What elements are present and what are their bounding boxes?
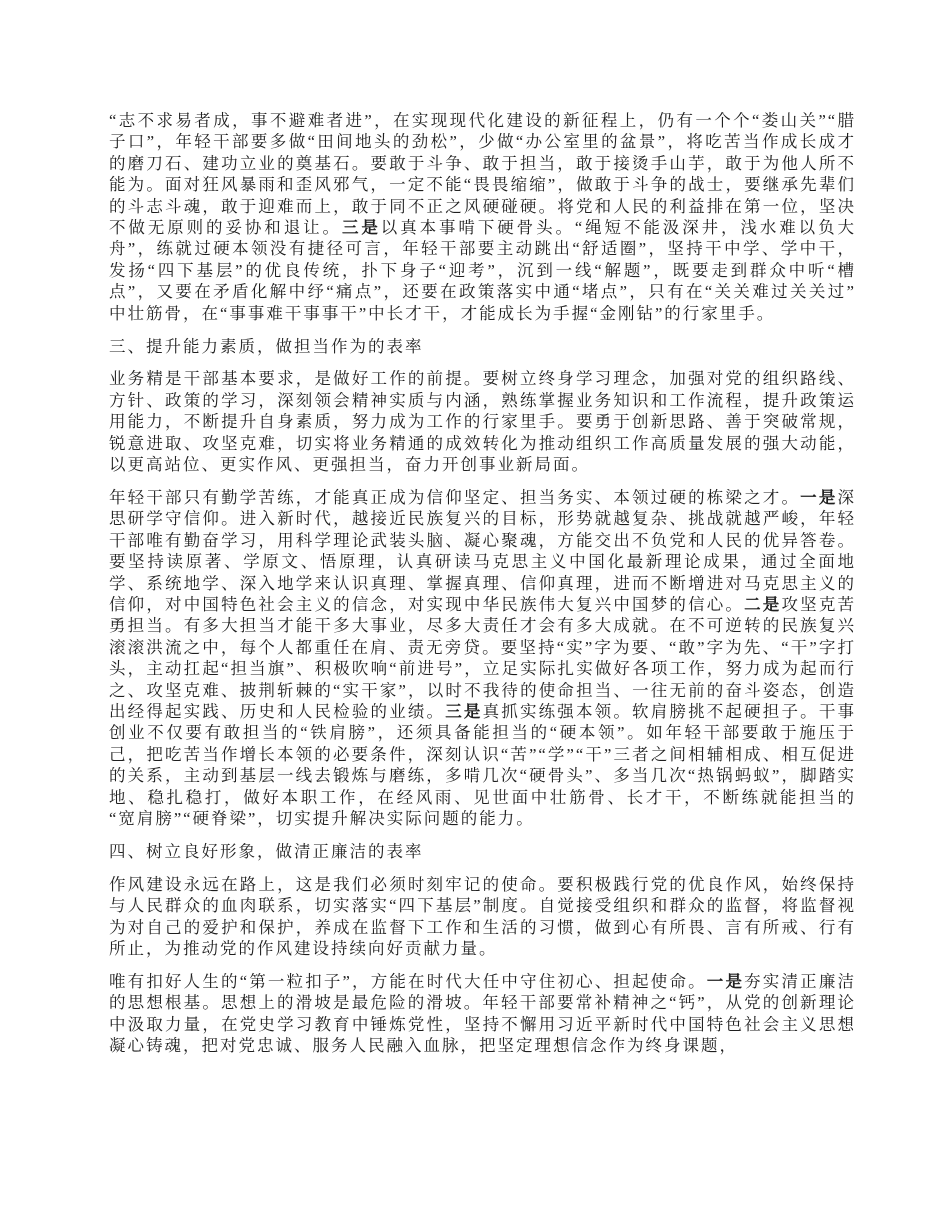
text-run: 四、树立良好形象，做清正廉洁的表率: [109, 842, 424, 861]
bold-text-run: 三是: [342, 218, 381, 237]
section-heading: 三、提升能力素质，做担当作为的表率: [109, 336, 856, 357]
paragraph: 作风建设永远在路上，这是我们必须时刻牢记的使命。要积极践行党的优良作风，始终保持…: [109, 874, 856, 960]
text-run: 唯有扣好人生的“第一粒扣子”，方能在时代大任中守住初心、担起使命。: [109, 972, 707, 991]
section-heading: 四、树立良好形象，做清正廉洁的表率: [109, 841, 856, 862]
document-page: “志不求易者成，事不避难者进”，在实现现代化建设的新征程上，仍有一个个“娄山关”…: [0, 0, 950, 1230]
paragraph: “志不求易者成，事不避难者进”，在实现现代化建设的新征程上，仍有一个个“娄山关”…: [109, 110, 856, 324]
text-run: 业务精是干部基本要求，是做好工作的前提。要树立终身学习理念，加强对党的组织路线、…: [109, 369, 856, 474]
bold-text-run: 一是: [707, 972, 744, 991]
bold-text-run: 二是: [744, 595, 781, 614]
document-body: “志不求易者成，事不避难者进”，在实现现代化建设的新征程上，仍有一个个“娄山关”…: [109, 110, 856, 1068]
paragraph: 业务精是干部基本要求，是做好工作的前提。要树立终身学习理念，加强对党的组织路线、…: [109, 368, 856, 475]
text-run: 作风建设永远在路上，这是我们必须时刻牢记的使命。要积极践行党的优良作风，始终保持…: [109, 875, 856, 958]
paragraph: 年轻干部只有勤学苦练，才能真正成为信仰坚定、担当务实、本领过硬的栋梁之才。一是深…: [109, 487, 856, 830]
paragraph: 唯有扣好人生的“第一粒扣子”，方能在时代大任中守住初心、担起使命。一是夯实清正廉…: [109, 971, 856, 1057]
text-run: 三、提升能力素质，做担当作为的表率: [109, 337, 424, 356]
text-run: 年轻干部只有勤学苦练，才能真正成为信仰坚定、担当务实、本领过硬的栋梁之才。: [109, 488, 800, 507]
bold-text-run: 一是: [800, 488, 837, 507]
bold-text-run: 三是: [445, 702, 482, 721]
